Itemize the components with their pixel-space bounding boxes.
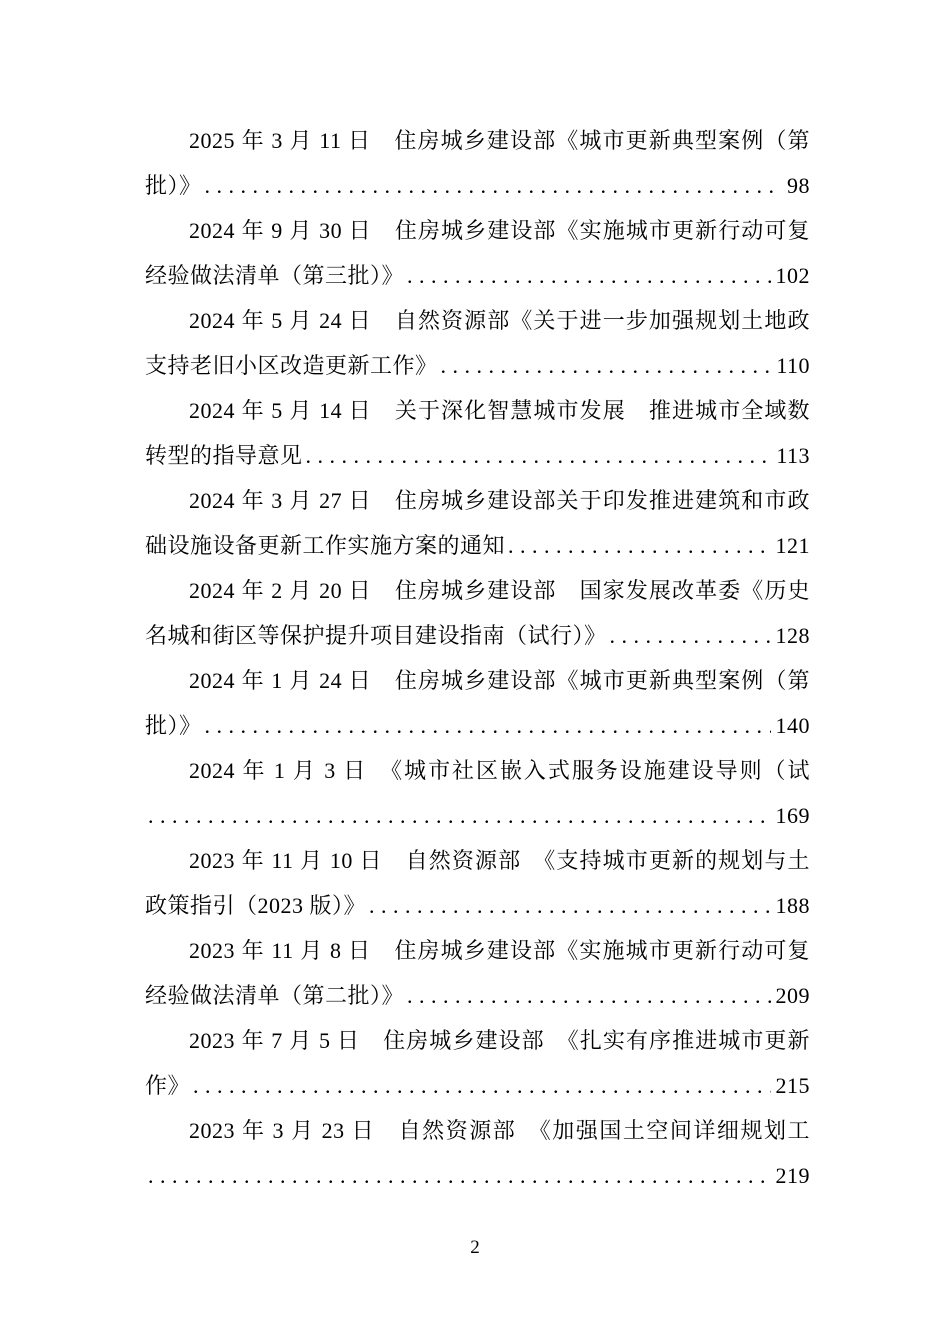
toc-page-ref: 128 [771,613,811,658]
toc-page-ref: 215 [771,1063,811,1108]
toc-entry-line2-text: 经验做法清单（第三批）》 [145,253,404,298]
dot-leader [190,1063,770,1108]
dot-leader [438,343,772,388]
toc-entry-line2: 经验做法清单（第二批）》 209 [145,973,810,1018]
toc-entry-line2: 转型的指导意见 113 [145,433,810,478]
toc-entry-line2-text: 支持老旧小区改造更新工作》 [145,343,438,388]
dot-leader [145,793,771,838]
toc-entry: 2023 年 3 月 23 日 自然资源部 《加强国土空间详细规划工作》 219 [145,1108,810,1198]
toc-entry-line2-text: 作》 [145,1063,190,1108]
toc-entry-line2: 支持老旧小区改造更新工作》 110 [145,343,810,388]
toc-entry-line2: 础设施设备更新工作实施方案的通知 121 [145,523,810,568]
toc-entry-line1: 2024 年 5 月 14 日 关于深化智慧城市发展 推进城市全域数字化 [145,388,810,433]
dot-leader [505,523,770,568]
toc-entry-line2-text: 政策指引（2023 版）》 [145,883,366,928]
toc-entry: 2023 年 7 月 5 日 住房城乡建设部 《扎实有序推进城市更新工 作》 2… [145,1018,810,1108]
toc-page-ref: 219 [771,1153,811,1198]
toc-entry: 2024 年 9 月 30 日 住房城乡建设部《实施城市更新行动可复制 经验做法… [145,208,810,298]
toc-entry-line1: 2024 年 5 月 24 日 自然资源部《关于进一步加强规划土地政策 [145,298,810,343]
toc-page-ref: 140 [771,703,811,748]
toc-entry-line2: 批）》 98 [145,163,810,208]
toc-entry: 2024 年 2 月 20 日 住房城乡建设部 国家发展改革委《历史文化 名城和… [145,568,810,658]
document-page: 2025 年 3 月 11 日 住房城乡建设部《城市更新典型案例（第二 批）》 … [0,0,950,1344]
toc-entry-line2: 219 [145,1153,810,1198]
toc-entry-line2: 169 [145,793,810,838]
toc-entry-line1: 2023 年 7 月 5 日 住房城乡建设部 《扎实有序推进城市更新工 [145,1018,810,1063]
table-of-contents: 2025 年 3 月 11 日 住房城乡建设部《城市更新典型案例（第二 批）》 … [145,118,810,1198]
toc-entry-line1: 2023 年 3 月 23 日 自然资源部 《加强国土空间详细规划工作》 [145,1108,810,1153]
toc-entry-line2-text: 名城和街区等保护提升项目建设指南（试行）》 [145,613,607,658]
toc-entry-line1: 2024 年 9 月 30 日 住房城乡建设部《实施城市更新行动可复制 [145,208,810,253]
toc-entry-line1: 2023 年 11 月 8 日 住房城乡建设部《实施城市更新行动可复制 [145,928,810,973]
toc-page-ref: 98 [782,163,810,208]
dot-leader [202,163,782,208]
toc-entry-line1: 2024 年 2 月 20 日 住房城乡建设部 国家发展改革委《历史文化 [145,568,810,613]
toc-entry-line2: 批）》 140 [145,703,810,748]
dot-leader [202,703,771,748]
toc-page-ref: 102 [771,253,811,298]
dot-leader [303,433,772,478]
toc-page-ref: 188 [771,883,811,928]
dot-leader [366,883,770,928]
toc-entry-line1: 2024 年 1 月 3 日 《城市社区嵌入式服务设施建设导则（试行）》 [145,748,810,793]
toc-entry: 2024 年 1 月 24 日 住房城乡建设部《城市更新典型案例（第一 批）》 … [145,658,810,748]
toc-entry: 2025 年 3 月 11 日 住房城乡建设部《城市更新典型案例（第二 批）》 … [145,118,810,208]
toc-entry-line1: 2024 年 1 月 24 日 住房城乡建设部《城市更新典型案例（第一 [145,658,810,703]
toc-entry-line1: 2025 年 3 月 11 日 住房城乡建设部《城市更新典型案例（第二 [145,118,810,163]
toc-entry-line2: 经验做法清单（第三批）》 102 [145,253,810,298]
dot-leader [404,253,770,298]
toc-page-ref: 209 [771,973,811,1018]
toc-page-ref: 110 [771,343,810,388]
toc-page-ref: 121 [771,523,811,568]
toc-entry-line2-text: 经验做法清单（第二批）》 [145,973,404,1018]
toc-entry: 2024 年 5 月 14 日 关于深化智慧城市发展 推进城市全域数字化 转型的… [145,388,810,478]
toc-entry-line2: 名城和街区等保护提升项目建设指南（试行）》 128 [145,613,810,658]
toc-entry-line2: 作》 215 [145,1063,810,1108]
dot-leader [404,973,770,1018]
toc-entry-line2-text: 批）》 [145,163,202,208]
toc-entry: 2024 年 5 月 24 日 自然资源部《关于进一步加强规划土地政策 支持老旧… [145,298,810,388]
toc-entry: 2023 年 11 月 10 日 自然资源部 《支持城市更新的规划与土地 政策指… [145,838,810,928]
toc-entry-line2-text: 础设施设备更新工作实施方案的通知 [145,523,505,568]
toc-entry: 2024 年 3 月 27 日 住房城乡建设部关于印发推进建筑和市政基 础设施设… [145,478,810,568]
toc-entry-line1: 2023 年 11 月 10 日 自然资源部 《支持城市更新的规划与土地 [145,838,810,883]
dot-leader [607,613,771,658]
toc-entry-line2-text: 批）》 [145,703,202,748]
toc-entry: 2023 年 11 月 8 日 住房城乡建设部《实施城市更新行动可复制 经验做法… [145,928,810,1018]
page-number: 2 [0,1234,950,1262]
toc-entry-line2: 政策指引（2023 版）》 188 [145,883,810,928]
toc-entry: 2024 年 1 月 3 日 《城市社区嵌入式服务设施建设导则（试行）》 169 [145,748,810,838]
dot-leader [145,1153,771,1198]
toc-page-ref: 169 [771,793,811,838]
toc-entry-line1: 2024 年 3 月 27 日 住房城乡建设部关于印发推进建筑和市政基 [145,478,810,523]
toc-page-ref: 113 [771,433,810,478]
toc-entry-line2-text: 转型的指导意见 [145,433,303,478]
